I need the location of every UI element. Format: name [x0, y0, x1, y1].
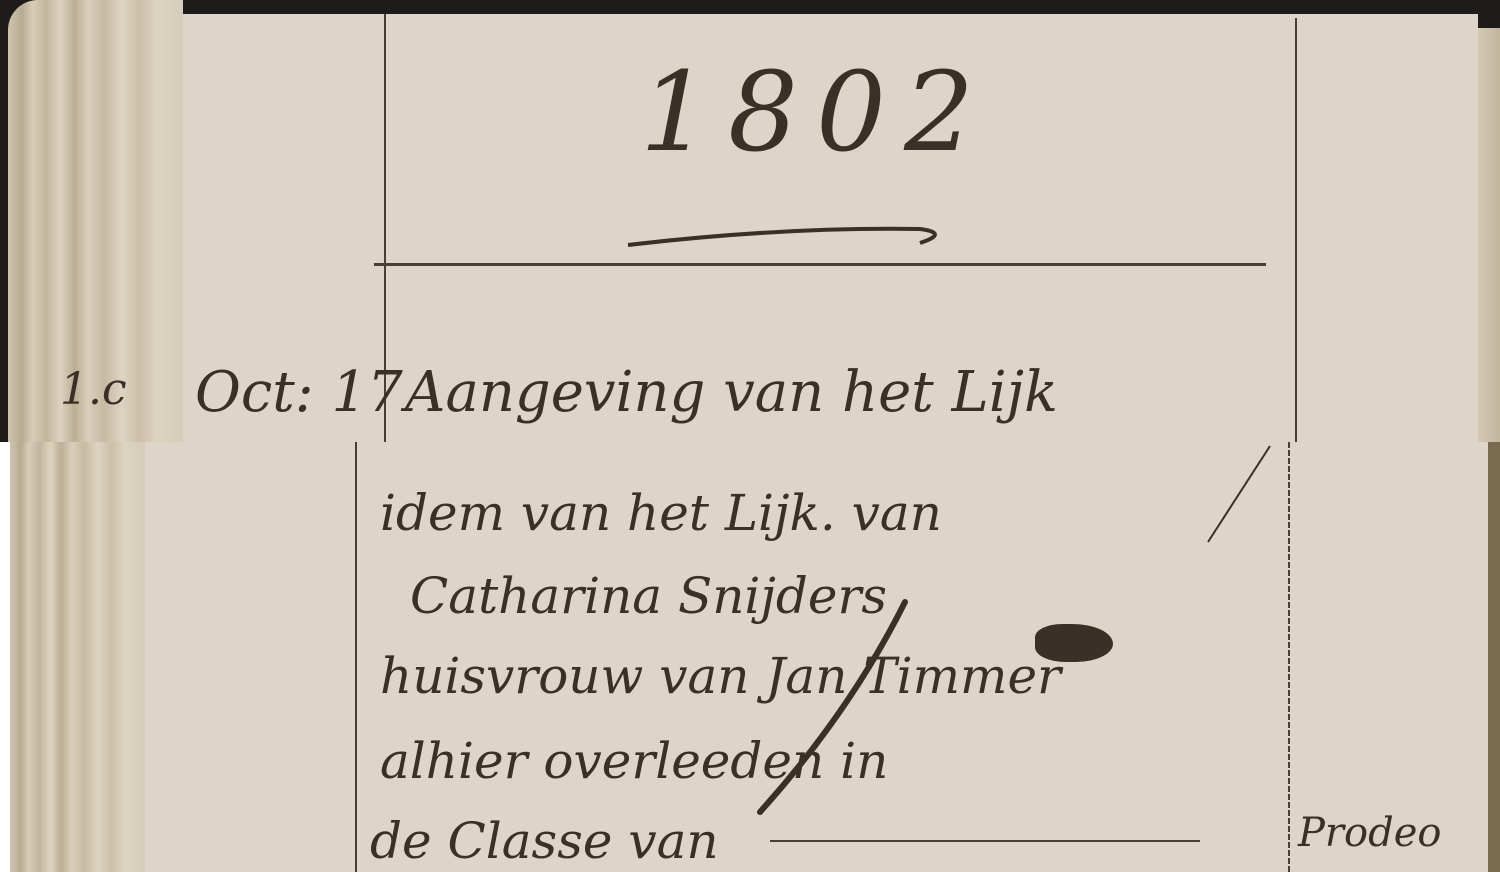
- heading-rule: [374, 263, 1266, 266]
- strikethrough-stroke: [730, 592, 930, 822]
- left-column-rule-lower: [355, 442, 357, 872]
- ink-blot: [1035, 624, 1113, 662]
- next-page-edge-lower: [1488, 442, 1500, 872]
- scan-strip-bottom: idem van het Lijk. van Catharina Snijder…: [10, 442, 1500, 872]
- entry-number: 1.c: [60, 364, 127, 415]
- entry-line-2: idem van het Lijk. van: [380, 484, 942, 542]
- right-column-rule-lower: [1288, 442, 1290, 872]
- entry-date: Oct: 17: [195, 360, 403, 425]
- fee-note: Prodeo: [1298, 810, 1441, 856]
- entry-line-1: Aangeving van het Lijk: [405, 360, 1058, 425]
- right-column-rule: [1295, 18, 1297, 442]
- next-page-edge: [1478, 28, 1500, 442]
- cancel-stroke: [1190, 442, 1280, 552]
- year-heading: 1802: [640, 48, 992, 176]
- entry-line-6: de Classe van: [370, 812, 719, 870]
- book-fore-edge-lower: [10, 442, 145, 872]
- scan-strip-top: 1802 1.c Oct: 17 Aangeving van het Lijk: [0, 0, 1500, 442]
- year-underline-flourish: [620, 215, 950, 255]
- blank-fill-line: [770, 840, 1200, 842]
- entry-line-4: huisvrouw van Jan Timmer: [380, 647, 1061, 705]
